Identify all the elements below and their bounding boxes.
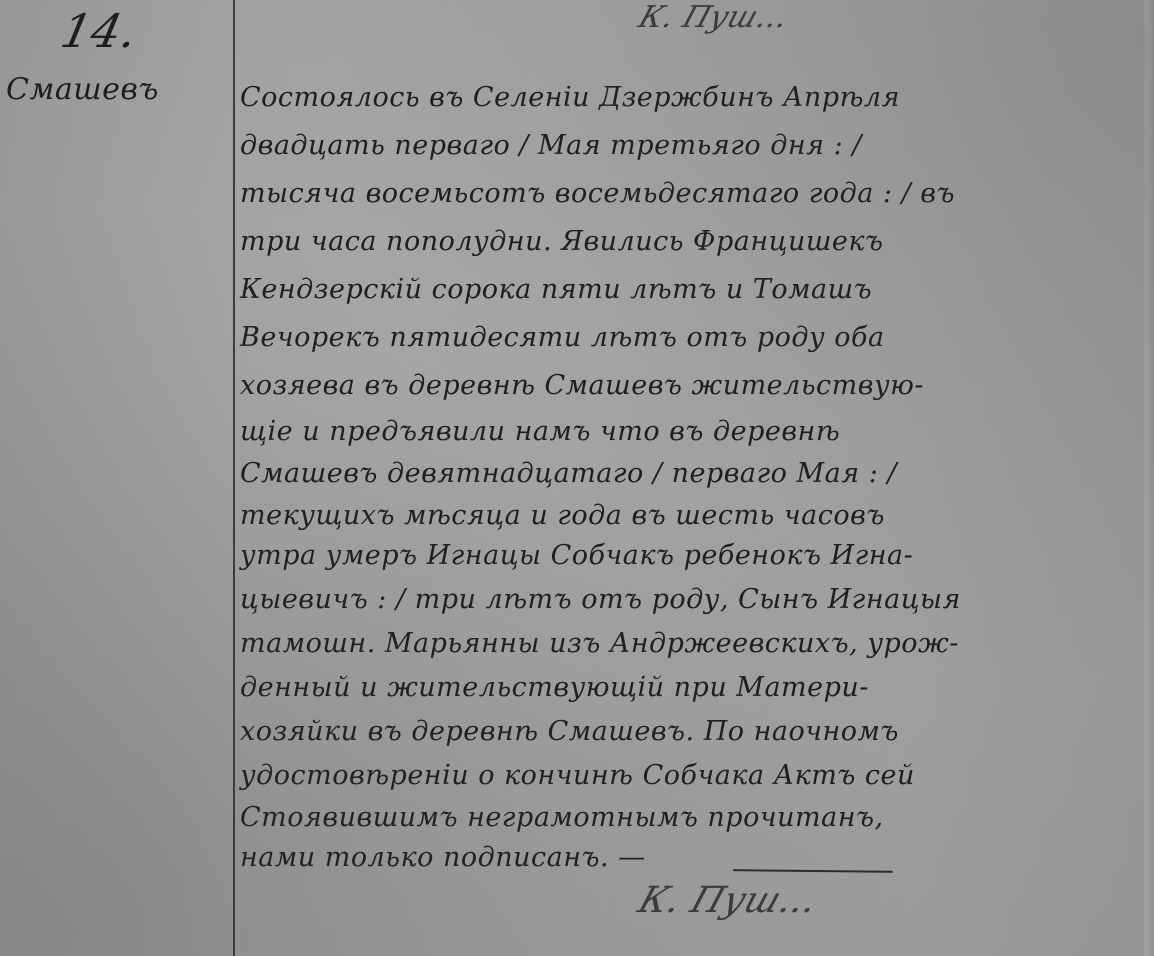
footer-signature: К. Пуш… (633, 880, 823, 921)
body-line: Состоялось въ Селеніи Дзержбинъ Апрѣля (240, 82, 1130, 113)
body-line: двадцать перваго / Мая третьяго дня : / (240, 130, 1130, 161)
body-line: хозяйки въ деревнѣ Смашевъ. По наочномъ (240, 716, 1130, 747)
body-line: щіе и предъявили намъ что въ деревнѣ (240, 416, 1130, 447)
body-line: текущихъ мѣсяца и года въ шесть часовъ (240, 500, 1130, 531)
header-signature: К. Пуш… (634, 0, 793, 35)
body-line: Стоявившимъ неграмотнымъ прочитанъ, (240, 802, 1130, 833)
register-page: 14. Смашевъ К. Пуш… Состоялось въ Селені… (0, 0, 1154, 956)
body-line-with-underlined-name: утра умеръ Игнацы Собчакъ ребенокъ Игна- (240, 540, 1130, 571)
body-line: Кендзерскій сорока пяти лѣтъ и Томашъ (240, 274, 1130, 305)
page-edge (1144, 0, 1154, 956)
margin-rule-line (233, 0, 235, 956)
body-line: удостовѣреніи о кончинѣ Собчака Актъ сей (240, 760, 1130, 791)
body-line: Смашевъ девятнадцатаго / перваго Мая : / (240, 458, 1130, 489)
margin-village-name: Смашевъ (6, 72, 159, 107)
body-line: тамошн. Марьянны изъ Андржеевскихъ, урож… (240, 628, 1130, 659)
body-line: Вечорекъ пятидесяти лѣтъ отъ роду оба (240, 322, 1130, 353)
entry-number: 14. (56, 4, 142, 58)
body-line: три часа пополудни. Явились Францишекъ (240, 226, 1130, 257)
body-line: тысяча восемьсотъ восемьдесятаго года : … (240, 178, 1130, 209)
body-line: цыевичъ : / три лѣтъ отъ роду, Сынъ Игна… (240, 584, 1130, 615)
body-line: денный и жительствующій при Матери- (240, 672, 1130, 703)
body-line: нами только подписанъ. — (240, 842, 1130, 873)
body-line: хозяева въ деревнѣ Смашевъ жительствую- (240, 370, 1130, 401)
